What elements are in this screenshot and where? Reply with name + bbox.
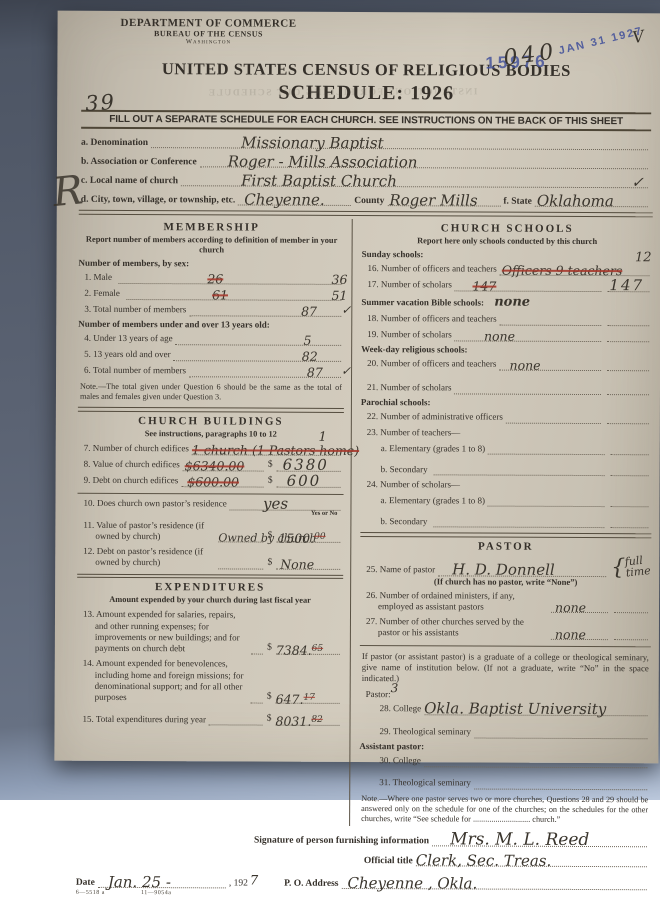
q1-row: 1. Male 26 36 — [84, 271, 344, 284]
q1-line: 26 36 — [118, 272, 342, 285]
q19-row: 19. Number of scholars none — [367, 329, 652, 342]
q9-answer-line: 600 — [277, 475, 341, 487]
q9-line: $600.00 — [181, 475, 264, 487]
q9-red-value: 600 — [287, 472, 322, 491]
q28-value: Okla. Baptist University — [424, 699, 606, 719]
q29-row: 29. Theological seminary — [379, 726, 650, 739]
field-association-row: b. Association or Conference Roger - Mil… — [81, 155, 651, 169]
q26-answer-line — [614, 601, 648, 613]
field-city-row: d. City, town, village, or township, etc… — [81, 193, 651, 207]
agency-block: DEPARTMENT OF COMMERCE BUREAU OF THE CEN… — [93, 17, 323, 46]
q9-row: 9. Debt on church edifices $600.00 $ 600 — [84, 475, 344, 488]
q6-red-check: ✓ — [341, 364, 351, 379]
red-tick: ✓ — [631, 173, 644, 191]
q13-row: 13. Amount expended for salaries, repair… — [83, 609, 343, 655]
q3-line: 87 ✓ — [189, 304, 341, 317]
buildings-header: CHURCH BUILDINGS — [78, 414, 344, 427]
q20-row: 20. Number of officers and teachers none — [367, 358, 652, 371]
q21-line — [454, 382, 601, 395]
q14-cents: 17 — [303, 692, 314, 702]
q21-answer-line — [607, 383, 649, 395]
q10-row: 10. Does church own pastor’s residence y… — [83, 498, 343, 511]
schools-header: CHURCH SCHOOLS — [362, 222, 653, 235]
parochial-schools-heading: Parochial schools: — [361, 397, 652, 408]
q16-row: 16. Number of officers and teachers Offi… — [367, 263, 652, 276]
q23b-label: b. Secondary — [381, 464, 431, 475]
q24a-answer-line — [610, 495, 648, 507]
q1-old-value: 26 — [207, 271, 223, 287]
q3-row: 3. Total number of members 87 ✓ — [84, 303, 344, 316]
q5-row: 5. 13 years old and over 82 — [84, 348, 344, 361]
q13-line — [251, 643, 263, 655]
q6-label: 6. Total number of members — [84, 365, 186, 377]
right-column: CHURCH SCHOOLS Report here only schools … — [350, 218, 653, 800]
q25-label: 25. Name of pastor — [366, 564, 435, 576]
agency-city: Washington — [93, 38, 323, 46]
q17-answer-line: 147 — [607, 280, 649, 292]
q12-dollar-sign: $ — [267, 557, 272, 569]
brace-mark: { — [611, 559, 625, 577]
q2-old-value: 61 — [212, 287, 228, 303]
q15-line — [209, 714, 263, 726]
denomination-label: a. Denomination — [81, 138, 148, 148]
q23a-row: a. Elementary (grades 1 to 8) — [381, 442, 652, 455]
q24-row: 24. Number of scholars— — [367, 479, 652, 491]
q3-label: 3. Total number of members — [84, 304, 186, 316]
county-value: Roger Mills — [389, 191, 477, 209]
q18-row: 18. Number of officers and teachers — [367, 313, 652, 326]
membership-intro: Report number of members according to de… — [83, 234, 341, 255]
buildings-intro: See instructions, paragraphs 10 to 12 — [82, 428, 340, 439]
q13-label: 13. Amount expended for salaries, repair… — [83, 609, 248, 655]
church-name-value: First Baptist Church — [241, 171, 397, 190]
red-margin-letter: R — [51, 167, 86, 216]
q2-row: 2. Female 61 51 — [84, 287, 344, 300]
assistant-pastor-heading: Assistant pastor: — [359, 741, 650, 752]
q4-label: 4. Under 13 years of age — [84, 333, 173, 345]
double-rule — [79, 210, 653, 217]
q4-line: 5 — [176, 333, 342, 346]
q21-row: 21. Number of scholars — [367, 382, 652, 395]
q15-dollar-sign: $ — [267, 714, 272, 726]
q30-line — [424, 755, 648, 768]
q15-value: 8031.82 — [276, 713, 323, 729]
denomination-value: Missionary Baptist — [241, 133, 384, 152]
instruction-banner: FILL OUT A SEPARATE SCHEDULE FOR EACH CH… — [81, 110, 651, 131]
q26-label: 26. Number of ordained ministers, if any… — [366, 590, 548, 613]
q17-red-value: 147 — [609, 276, 644, 295]
q1-red-value: 36 — [332, 272, 348, 288]
q8-old-value: $6340.00 — [185, 458, 245, 474]
age-heading: Number of members under and over 13 year… — [78, 318, 344, 329]
q13-answer-line: 7384.65 — [276, 643, 340, 655]
q9-dollar-sign: $ — [268, 475, 273, 487]
q7-label: 7. Number of church edifices — [84, 443, 189, 455]
q12-answer-line: None — [276, 557, 340, 569]
q25-value: H. D. Donnell — [452, 560, 555, 579]
q31-line — [474, 777, 647, 790]
q11-answer-line: 1500.00 — [276, 531, 340, 543]
q14-answer-line: 647.17 — [276, 692, 340, 704]
q28-row: 28. College Okla. Baptist University — [380, 703, 651, 716]
q25-line: H. D. Donnell — [438, 564, 606, 577]
q23b-row: b. Secondary — [381, 463, 652, 476]
state-value: Oklahoma — [537, 192, 614, 210]
schools-intro: Report here only schools conducted by th… — [366, 236, 649, 247]
q17-label: 17. Number of scholars — [367, 279, 452, 291]
q14-value: 647.17 — [276, 691, 315, 707]
double-rule — [77, 574, 343, 580]
bleed-through-text: INSTRUCTIONS FOR FILLING OUT SCHEDULE — [207, 87, 477, 98]
q20-label: 20. Number of officers and teachers — [367, 358, 496, 370]
q21-label: 21. Number of scholars — [367, 382, 452, 394]
q19-value: none — [484, 329, 515, 345]
q19-label: 19. Number of scholars — [367, 329, 452, 341]
two-column-body: MEMBERSHIP Report number of members acco… — [76, 217, 653, 800]
q23-row: 23. Number of teachers— — [367, 427, 652, 439]
q8-line: $6340.00 — [183, 459, 264, 471]
photo-background: INSTRUCTIONS FOR FILLING OUT SCHEDULE DE… — [0, 0, 660, 800]
q11-cents: 00 — [314, 531, 325, 541]
expenditures-header: EXPENDITURES — [77, 581, 343, 594]
graduate-note: If pastor (or assistant pastor) is a gra… — [362, 651, 649, 685]
q20-answer-line — [607, 359, 649, 371]
association-label: b. Association or Conference — [81, 157, 197, 168]
q5-label: 5. 13 years old and over — [84, 349, 171, 361]
church-name-label: c. Local name of church — [81, 176, 178, 186]
q12-line — [218, 557, 263, 569]
q27-label: 27. Number of other churches served by t… — [366, 616, 548, 639]
q4-value: 5 — [303, 333, 311, 349]
q24b-line — [433, 515, 604, 528]
q30-row: 30. College — [379, 755, 650, 768]
q11-value: 1500.00 — [278, 530, 325, 546]
q15-amount: 8031. — [276, 713, 312, 728]
q6-line: 87 ✓ — [189, 365, 341, 378]
q16-red-value: 12 — [635, 250, 652, 266]
q26-value: none — [555, 600, 586, 616]
field-denomination-row: a. Denomination Missionary Baptist — [81, 136, 651, 150]
q8-label: 8. Value of church edifices — [84, 459, 180, 471]
by-sex-heading: Number of members, by sex: — [79, 257, 345, 268]
q23a-answer-line — [611, 443, 649, 455]
pastor-red-number: 3 — [391, 681, 399, 696]
q3-red-check: ✓ — [341, 303, 351, 318]
q8-answer-line: 6380 — [277, 459, 341, 471]
q24b-answer-line — [610, 516, 648, 528]
red-check-stamp: V — [631, 26, 646, 47]
q22-row: 22. Number of administrative officers — [367, 411, 652, 424]
denomination-line: Missionary Baptist — [151, 136, 648, 150]
q27-answer-line — [614, 628, 648, 640]
left-column: MEMBERSHIP Report number of members acco… — [76, 217, 352, 800]
q15-label: 15. Total expenditures during year — [83, 714, 206, 726]
q12-value: None — [280, 557, 314, 573]
summer-heading-text: Summer vacation Bible schools: — [361, 297, 484, 308]
q17-row: 17. Number of scholars 147 147 — [367, 279, 652, 292]
q13-amount: 7384. — [276, 642, 312, 657]
pastor-note: Note.—Where one pastor serves two or mor… — [361, 794, 648, 800]
q19-answer-line — [607, 330, 649, 342]
q11-row: 11. Value of pastor’s residence (if owne… — [83, 520, 343, 544]
double-rule — [78, 407, 344, 413]
q24-label: 24. Number of scholars— — [367, 479, 461, 491]
q28-line: Okla. Baptist University — [424, 703, 648, 716]
city-value: Cheyenne. — [244, 191, 324, 209]
q27-row: 27. Number of other churches served by t… — [366, 616, 651, 640]
association-line: Roger - Mills Association — [200, 155, 648, 169]
q2-label: 2. Female — [84, 288, 123, 299]
weekday-schools-heading: Week-day religious schools: — [361, 344, 652, 355]
q16-line: Officers 9 teachers 12 — [500, 263, 650, 276]
county-label: County — [354, 196, 384, 206]
single-rule — [78, 493, 344, 495]
q12-row: 12. Debt on pastor’s residence (if owned… — [83, 546, 343, 570]
q8-row: 8. Value of church edifices $6340.00 $ 6… — [84, 459, 344, 472]
q7-old-value: 1 church (1 Pastors home) — [192, 442, 359, 458]
q13-dollar-sign: $ — [267, 643, 272, 655]
q24a-row: a. Elementary (grades 1 to 8) — [380, 494, 651, 507]
summer-schools-heading: Summer vacation Bible schools: none — [361, 294, 652, 310]
q15-answer-line: 8031.82 — [276, 714, 340, 726]
q24b-label: b. Secondary — [380, 516, 430, 527]
q23a-label: a. Elementary (grades 1 to 8) — [381, 443, 486, 455]
q23a-line — [488, 442, 605, 455]
q10-line: yes — [230, 498, 341, 510]
q13-value: 7384.65 — [276, 642, 323, 658]
double-rule — [360, 532, 651, 538]
q14-row: 14. Amount expended for benevolences, in… — [83, 658, 343, 704]
pastor-subject-label: Pastor: — [366, 689, 391, 700]
q29-line — [474, 726, 647, 739]
q23b-line — [434, 463, 605, 476]
q10-label: 10. Does church own pastor’s residence — [83, 498, 226, 510]
q5-value: 82 — [302, 349, 318, 365]
church-name-line: First Baptist Church ✓ — [181, 174, 648, 188]
q7-row: 7. Number of church edifices 1 church (1… — [84, 443, 344, 456]
q3-value: 87 — [301, 304, 317, 320]
state-line: Oklahoma — [535, 195, 648, 207]
q9-label: 9. Debt on church edifices — [84, 475, 179, 487]
q10-value: yes — [263, 495, 288, 514]
q9-old-value: $600.00 — [187, 474, 239, 490]
q16-old-value: Officers 9 teachers — [502, 263, 623, 279]
q1-label: 1. Male — [84, 272, 115, 283]
q19-line: none — [455, 329, 602, 342]
q12-label: 12. Debt on pastor’s residence (if owned… — [83, 546, 215, 569]
membership-header: MEMBERSHIP — [79, 220, 345, 233]
q7-line: 1 church (1 Pastors home) 1 — [192, 443, 341, 456]
single-rule — [360, 645, 651, 647]
q6-value: 87 — [307, 365, 323, 381]
q14-label: 14. Amount expended for benevolences, in… — [83, 658, 248, 704]
full-time-annotation: full time — [624, 554, 652, 578]
q15-cents: 82 — [311, 714, 322, 724]
q27-line: none — [551, 627, 608, 639]
q31-row: 31. Theological seminary — [379, 777, 650, 790]
q14-amount: 647. — [276, 691, 304, 706]
q18-answer-line — [607, 314, 649, 326]
q26-line: none — [551, 601, 608, 613]
q24b-row: b. Secondary — [380, 515, 651, 528]
q16-label: 16. Number of officers and teachers — [367, 263, 496, 275]
field-church-name-row: c. Local name of church First Baptist Ch… — [81, 174, 651, 188]
q26-row: 26. Number of ordained ministers, if any… — [366, 590, 651, 614]
department-name: DEPARTMENT OF COMMERCE — [94, 17, 324, 30]
q23-label: 23. Number of teachers— — [367, 427, 461, 439]
q22-label: 22. Number of administrative officers — [367, 411, 503, 423]
q22-line — [506, 411, 601, 423]
q27-value: none — [555, 627, 586, 643]
q11-line: Owned by church — [218, 531, 263, 543]
q24a-line — [488, 495, 605, 508]
q11-label: 11. Value of pastor’s residence (if owne… — [83, 520, 215, 543]
q14-dollar-sign: $ — [267, 692, 272, 704]
q28-label: 28. College — [380, 703, 422, 714]
q30-label: 30. College — [379, 755, 421, 766]
q23b-answer-line — [611, 464, 649, 476]
county-line: Roger Mills — [387, 194, 500, 206]
q14-line — [251, 692, 263, 704]
census-form-paper: INSTRUCTIONS FOR FILLING OUT SCHEDULE DE… — [54, 11, 660, 764]
q17-old-value: 147 — [472, 278, 496, 294]
q24a-label: a. Elementary (grades 1 to 8) — [380, 495, 485, 507]
q11-amount: 1500. — [278, 530, 314, 545]
expenditures-intro: Amount expended by your church during la… — [81, 595, 339, 606]
q6-row: 6. Total number of members 87 ✓ — [84, 364, 344, 377]
state-label: f. State — [503, 197, 532, 207]
q18-line — [500, 313, 602, 325]
q20-line: none — [499, 358, 601, 370]
summer-value: none — [494, 294, 530, 309]
q31-label: 31. Theological seminary — [379, 777, 471, 789]
q29-label: 29. Theological seminary — [379, 726, 471, 738]
sunday-schools-heading: Sunday schools: — [362, 249, 653, 260]
city-line: Cheyenne. — [238, 193, 351, 205]
form-title: UNITED STATES CENSUS OF RELIGIOUS BODIES — [79, 59, 653, 82]
q20-value: none — [510, 358, 541, 374]
q2-red-value: 51 — [331, 288, 347, 304]
q2-line: 61 51 — [126, 288, 342, 301]
q5-line: 82 — [174, 349, 342, 362]
membership-note: Note.—The total given under Question 6 s… — [80, 381, 342, 403]
association-value: Roger - Mills Association — [228, 152, 418, 171]
q8-dollar-sign: $ — [268, 459, 273, 471]
q22-answer-line — [607, 412, 649, 424]
q17-line: 147 — [455, 279, 602, 292]
city-label: d. City, town, village, or township, etc… — [81, 195, 236, 206]
q25-row: 25. Name of pastor H. D. Donnell { full … — [366, 554, 651, 577]
q4-row: 4. Under 13 years of age 5 — [84, 332, 344, 345]
q18-label: 18. Number of officers and teachers — [367, 313, 496, 325]
red-index-number: 39 — [84, 90, 116, 116]
q13-cents: 65 — [312, 643, 323, 653]
pastor-header: PASTOR — [360, 540, 651, 553]
q15-row: 15. Total expenditures during year $ 803… — [83, 713, 343, 726]
